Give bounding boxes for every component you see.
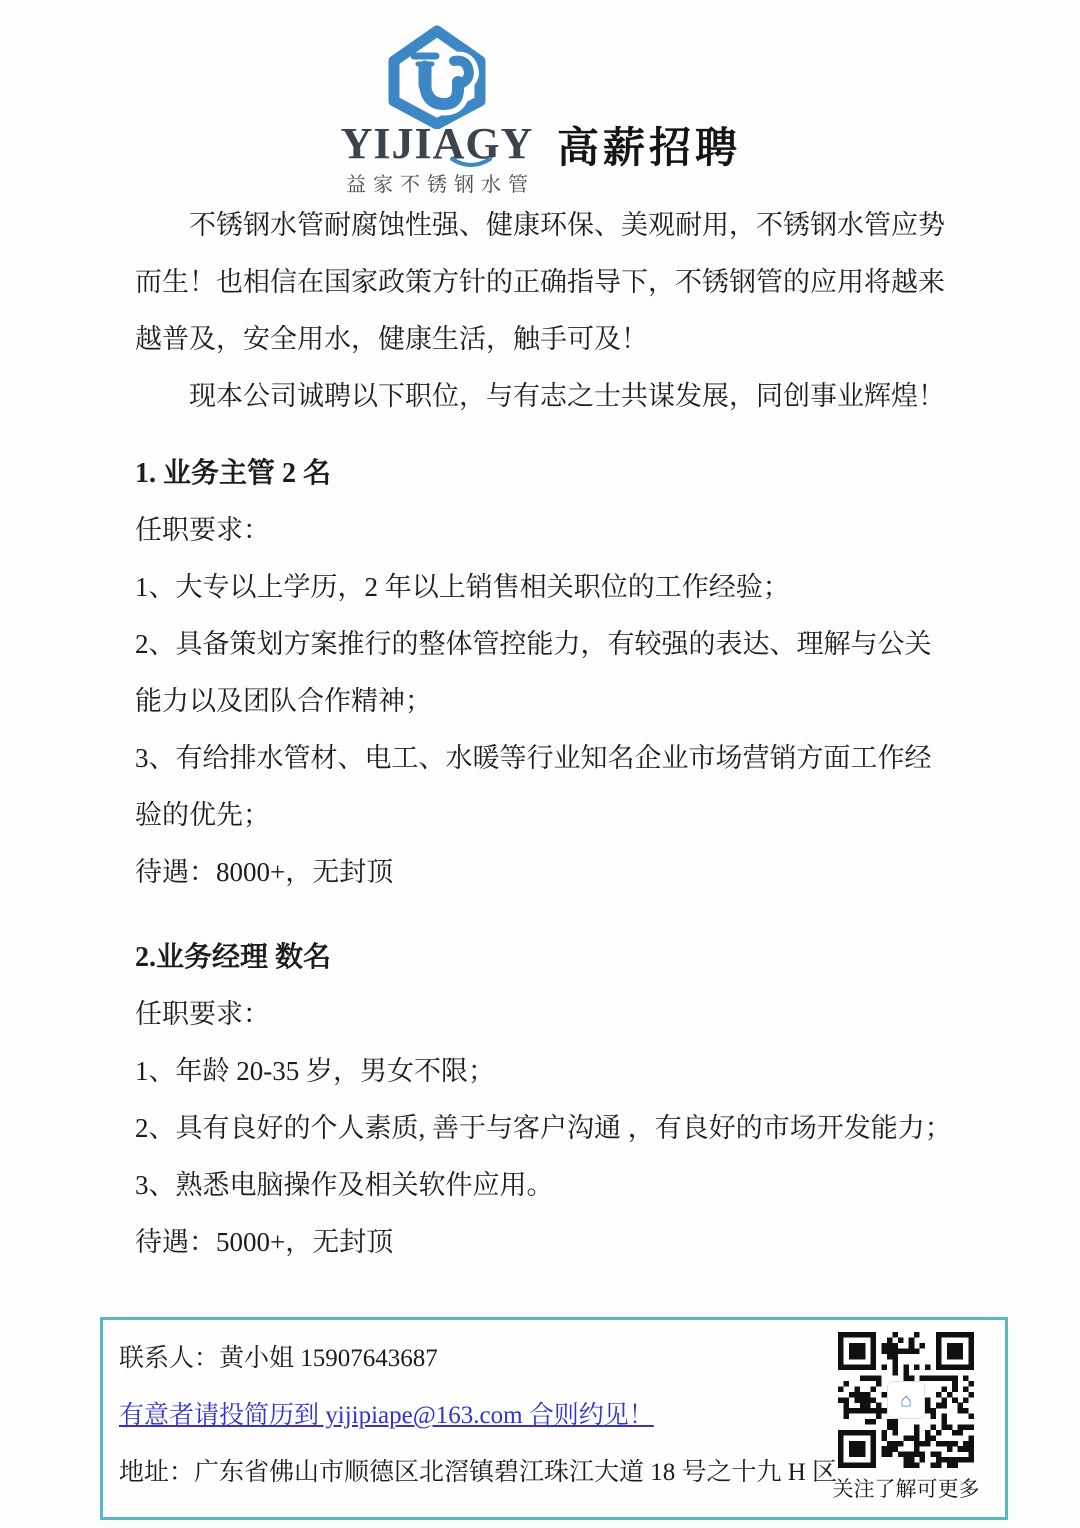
job-requirements-label: 任职要求： (135, 502, 1020, 559)
job-requirement-line: 2、具有良好的个人素质, 善于与客户沟通 ，有良好的市场开发能力； (135, 1100, 1020, 1157)
brand-subtitle: 益家不锈钢水管 (339, 168, 535, 197)
brand-smile-icon (449, 156, 493, 170)
intro-line: 现本公司诚聘以下职位，与有志之士共谋发展，同创事业辉煌！ (135, 368, 1020, 425)
job-salary: 待遇：5000+，无封顶 (135, 1214, 1020, 1271)
job-salary: 待遇：8000+，无封顶 (135, 844, 1020, 901)
job-requirement-line: 2、具备策划方案推行的整体管控能力，有较强的表达、理解与公关 (135, 616, 1020, 673)
intro-line: 而生！也相信在国家政策方针的正确指导下，不锈钢管的应用将越来 (135, 254, 1020, 311)
intro-line: 不锈钢水管耐腐蚀性强、健康环保、美观耐用，不锈钢水管应势 (135, 197, 1020, 254)
contact-box: 联系人：黄小姐 15907643687 有意者请投简历到 yijipiape@1… (100, 1317, 1008, 1520)
job-requirement-line: 能力以及团队合作精神； (135, 673, 1020, 730)
company-logo-house-pipe-icon (385, 25, 489, 129)
brand-name: YIJIAGY (341, 121, 534, 167)
recruitment-poster: YIJIAGY 益家不锈钢水管 高薪招聘 不锈钢水管耐腐蚀性强、健康环保、美观耐… (0, 0, 1080, 1528)
qr-code: ⌂ (838, 1332, 974, 1468)
job-title: 1. 业务主管 2 名 (135, 445, 1020, 502)
brand-name-text: YIJIAGY (341, 119, 534, 168)
job-requirement-line: 验的优先； (135, 787, 1020, 844)
poster-header: YIJIAGY 益家不锈钢水管 高薪招聘 (0, 0, 1080, 197)
job-requirement-line: 1、年龄 20-35 岁，男女不限； (135, 1043, 1020, 1100)
qr-caption: 关注了解可更多 (831, 1473, 981, 1503)
brand-block: YIJIAGY 益家不锈钢水管 (339, 25, 535, 197)
poster-body: 不锈钢水管耐腐蚀性强、健康环保、美观耐用，不锈钢水管应势 而生！也相信在国家政策… (0, 197, 1080, 1271)
job-section-supervisor: 1. 业务主管 2 名 任职要求： 1、大专以上学历，2 年以上销售相关职位的工… (135, 445, 1020, 901)
job-requirement-line: 3、有给排水管材、电工、水暖等行业知名企业市场营销方面工作经 (135, 730, 1020, 787)
job-section-manager: 2.业务经理 数名 任职要求： 1、年龄 20-35 岁，男女不限； 2、具有良… (135, 929, 1020, 1271)
poster-title: 高薪招聘 (557, 115, 741, 175)
job-requirements-label: 任职要求： (135, 986, 1020, 1043)
job-requirement-line: 1、大专以上学历，2 年以上销售相关职位的工作经验； (135, 559, 1020, 616)
job-requirement-line: 3、熟悉电脑操作及相关软件应用。 (135, 1157, 1020, 1214)
qr-block: ⌂ 关注了解可更多 (831, 1332, 981, 1503)
job-title: 2.业务经理 数名 (135, 929, 1020, 986)
svg-text:⌂: ⌂ (900, 1391, 912, 1412)
intro-line: 越普及，安全用水，健康生活，触手可及！ (135, 311, 1020, 368)
